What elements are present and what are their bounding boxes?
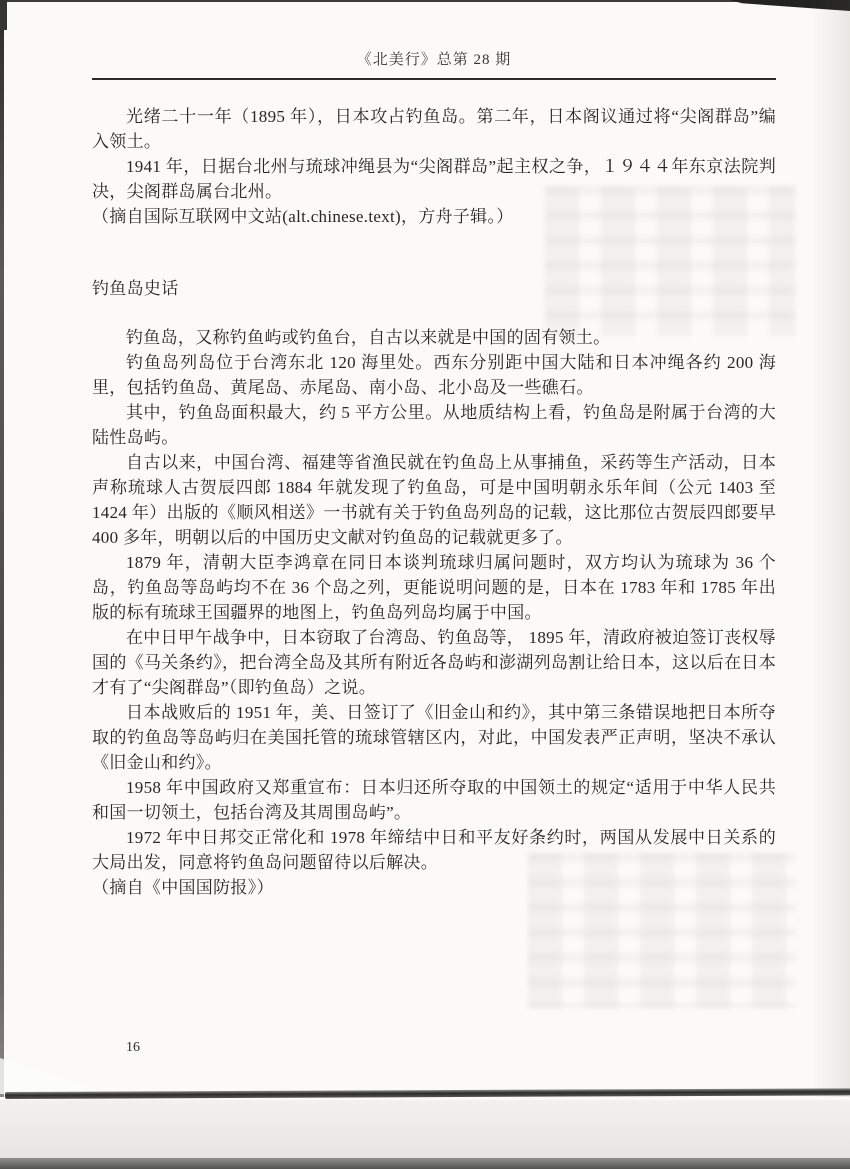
scan-top-left-mark [0,0,7,30]
scanned-document-page: { "page": { "header": "《北美行》总第 28 期", "p… [0,0,850,1169]
paragraph: 1941 年，日据台北州与琉球冲绳县为“尖阁群岛”起主权之争，１９４４年东京法院… [92,154,776,204]
paragraph: 在中日甲午战争中，日本窃取了台湾岛、钓鱼岛等， 1895 年，清政府被迫签订丧权… [92,625,776,700]
paragraph: 1958 年中国政府又郑重宣布：日本归还所夺取的中国领土的规定“适用于中华人民共… [92,775,776,825]
attribution: （摘自国际互联网中文站(alt.chinese.text)，方舟子辑。） [92,204,776,229]
paragraph: 自古以来，中国台湾、福建等省渔民就在钓鱼岛上从事捕鱼，采药等生产活动，日本声称琉… [92,450,776,550]
scan-underlying-page-strip [0,1100,850,1158]
scan-top-edge-line [0,0,850,2]
page-number: 16 [126,1040,140,1056]
journal-header: 《北美行》总第 28 期 [92,48,776,69]
paragraph: 其中，钓鱼岛面积最大，约 5 平方公里。从地质结构上看，钓鱼岛是附属于台湾的大陆… [92,400,776,450]
article-diaoyu-history: 钓鱼岛，又称钓鱼屿或钓鱼台，自古以来就是中国的固有领土。 钓鱼岛列岛位于台湾东北… [92,325,776,900]
article-internet-excerpt: 光绪二十一年（1895 年），日本攻占钓鱼岛。第二年，日本阁议通过将“尖阁群岛”… [92,104,776,229]
scan-bottom-band [0,1158,850,1169]
paragraph: 日本战败后的 1951 年，美、日签订了《旧金山和约》，其中第三条错误地把日本所… [92,700,776,775]
attribution: （摘自《中国国防报》） [92,875,776,900]
paragraph: 钓鱼岛列岛位于台湾东北 120 海里处。西东分别距中国大陆和日本冲绳各约 200… [92,350,776,400]
paragraph: 钓鱼岛，又称钓鱼屿或钓鱼台，自古以来就是中国的固有领土。 [92,325,776,350]
page-content: 《北美行》总第 28 期 光绪二十一年（1895 年），日本攻占钓鱼岛。第二年，… [92,48,776,900]
paragraph: 1879 年，清朝大臣李鸿章在同日本谈判琉球归属问题时，双方均认为琉球为 36 … [92,550,776,625]
paragraph: 1972 年中日邦交正常化和 1978 年缔结中日和平友好条约时，两国从发展中日… [92,825,776,875]
article-title: 钓鱼岛史话 [92,274,776,299]
header-rule [92,78,776,80]
scan-bottom-page-edge [5,1088,850,1099]
paragraph: 光绪二十一年（1895 年），日本攻占钓鱼岛。第二年，日本阁议通过将“尖阁群岛”… [92,104,776,154]
scan-left-edge-line [0,0,4,1097]
scan-right-shadow [812,0,850,1097]
page-corner-lift [0,1058,110,1094]
